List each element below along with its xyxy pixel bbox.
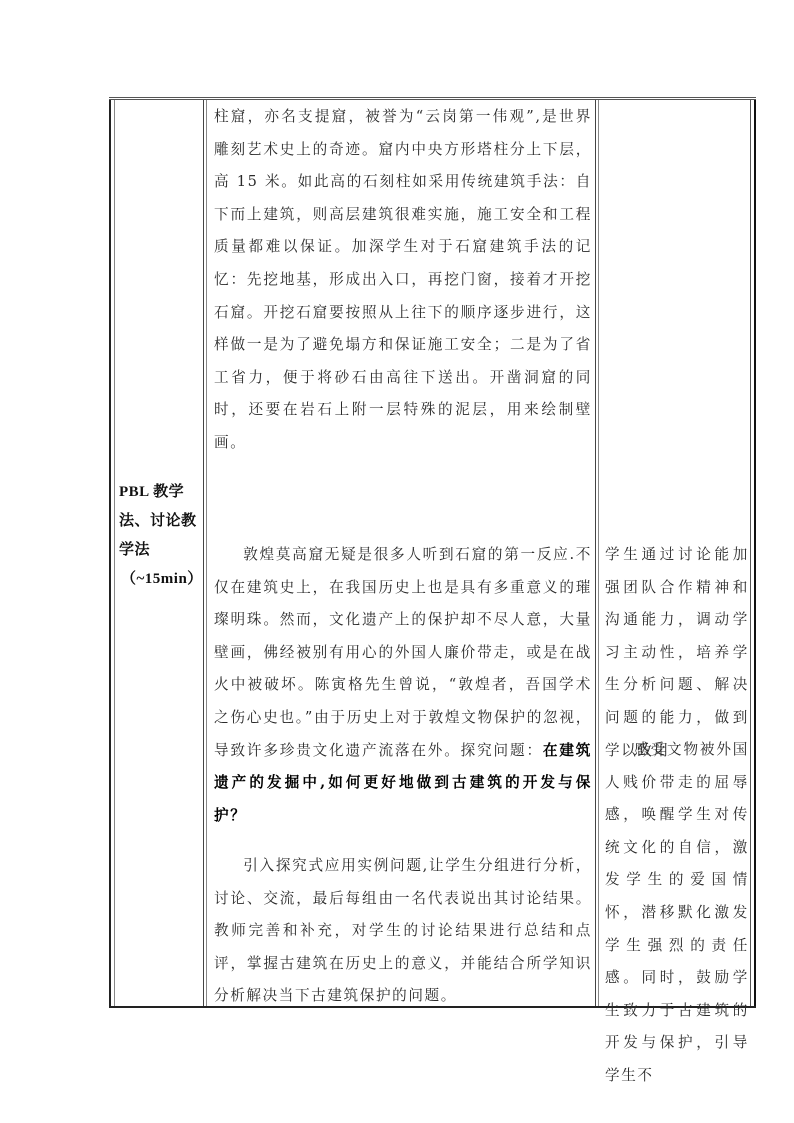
document-page: PBL 教学法、讨论教学法 （~15min） 柱窟，亦名支提窟，被誉为“云岗第一… [0,0,794,1123]
table-right-outer-rule [754,100,756,1006]
content-paragraph-1: 柱窟，亦名支提窟，被誉为“云岗第一伟观”,是世界雕刻艺术史上的奇迹。窟内中央方形… [214,101,592,460]
lesson-plan-table: PBL 教学法、讨论教学法 （~15min） 柱窟，亦名支提窟，被誉为“云岗第一… [109,97,756,1008]
content-paragraph-3: 引入探究式应用实例问题,让学生分组进行分析，讨论、交流，最后每组由一名代表说出其… [214,850,592,1013]
content-cell: 柱窟，亦名支提窟，被誉为“云岗第一伟观”,是世界雕刻艺术史上的奇迹。窟内中央方形… [207,100,595,1006]
column-divider-1-a [203,100,204,1006]
content-paragraph-2: 敦煌莫高窟无疑是很多人听到石窟的第一反应.不仅在建筑史上，在我国历史上也是具有多… [214,539,592,832]
column-divider-2-a [595,100,596,1006]
content-paragraph-2-text: 敦煌莫高窟无疑是很多人听到石窟的第一反应.不仅在建筑史上，在我国历史上也是具有多… [214,546,592,759]
goal-cell: 学生通过讨论能加强团队合作精神和沟通能力，调动学习主动性，培养学生分析问题、解决… [599,100,751,1006]
goal-paragraph-1: 学生通过讨论能加强团队合作精神和沟通能力，调动学习主动性，培养学生分析问题、解决… [605,539,749,767]
table-left-outer-rule [109,100,111,1006]
method-duration: （~15min） [119,565,203,594]
goal-paragraph-2: 感受文物被外国人贱价带走的屈辱感，唤醒学生对传统文化的自信，激发学生的爱国情怀，… [605,734,749,1093]
method-label: PBL 教学法、讨论教学法 （~15min） [119,478,203,594]
method-cell: PBL 教学法、讨论教学法 （~15min） [115,100,203,1006]
method-name: PBL 教学法、讨论教学法 [119,484,197,558]
